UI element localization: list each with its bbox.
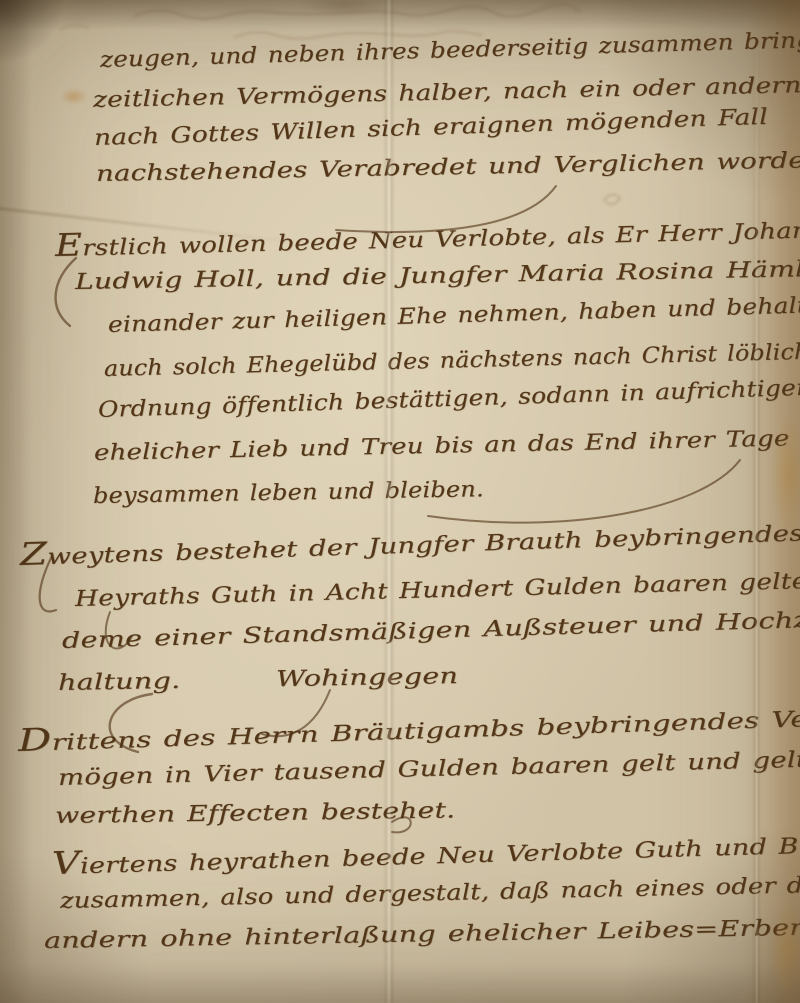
manuscript-line: Ordnung öffentlich bestättigen, sodann i… [98,378,800,422]
manuscript-line: Viertens heyrathen beede Neu Verlobte Gu… [52,827,800,881]
manuscript-line: einander zur heiligen Ehe nehmen, haben … [108,294,800,337]
manuscript-line: mögen in Vier tausend Gulden baaren gelt… [58,749,800,790]
manuscript-line: nach Gottes Willen sich eraignen mögende… [94,107,769,150]
manuscript-line: auch solch Ehegelübd des nächstens nach … [104,341,800,381]
manuscript-line: nachstehendes Verabredet und Verglichen … [96,150,800,186]
manuscript-line: Erstlich wollen beede Neu Verlobte, als … [55,212,800,262]
manuscript-page: zeugen, und neben ihres beederseitig zus… [0,0,800,1003]
manuscript-line: Drittens des Herrn Bräutigambs beybringe… [18,700,800,757]
manuscript-line: zeugen, und neben ihres beederseitig zus… [100,28,800,72]
manuscript-text: zeugen, und neben ihres beederseitig zus… [0,0,800,1003]
manuscript-line: zusammen, also und dergestalt, daß nach … [60,875,800,913]
manuscript-line: Heyraths Guth in Acht Hundert Gulden baa… [75,571,800,611]
manuscript-line: andern ohne hinterlaßung ehelicher Leibe… [44,918,800,953]
manuscript-line: haltung. Wohingegen [58,666,459,695]
manuscript-line: Ludwig Holl, und die Jungfer Maria Rosin… [75,259,800,294]
manuscript-line: ehelicher Lieb und Treu bis an das End i… [94,428,790,465]
manuscript-line: Zweytens bestehet der Jungfer Brauth bey… [20,515,800,571]
manuscript-line: deme einer Standsmäßigen Außsteuer und H… [62,608,800,653]
manuscript-line: werthen Effecten bestehet. [55,800,456,828]
manuscript-line: beysammen leben und bleiben. [93,479,484,508]
